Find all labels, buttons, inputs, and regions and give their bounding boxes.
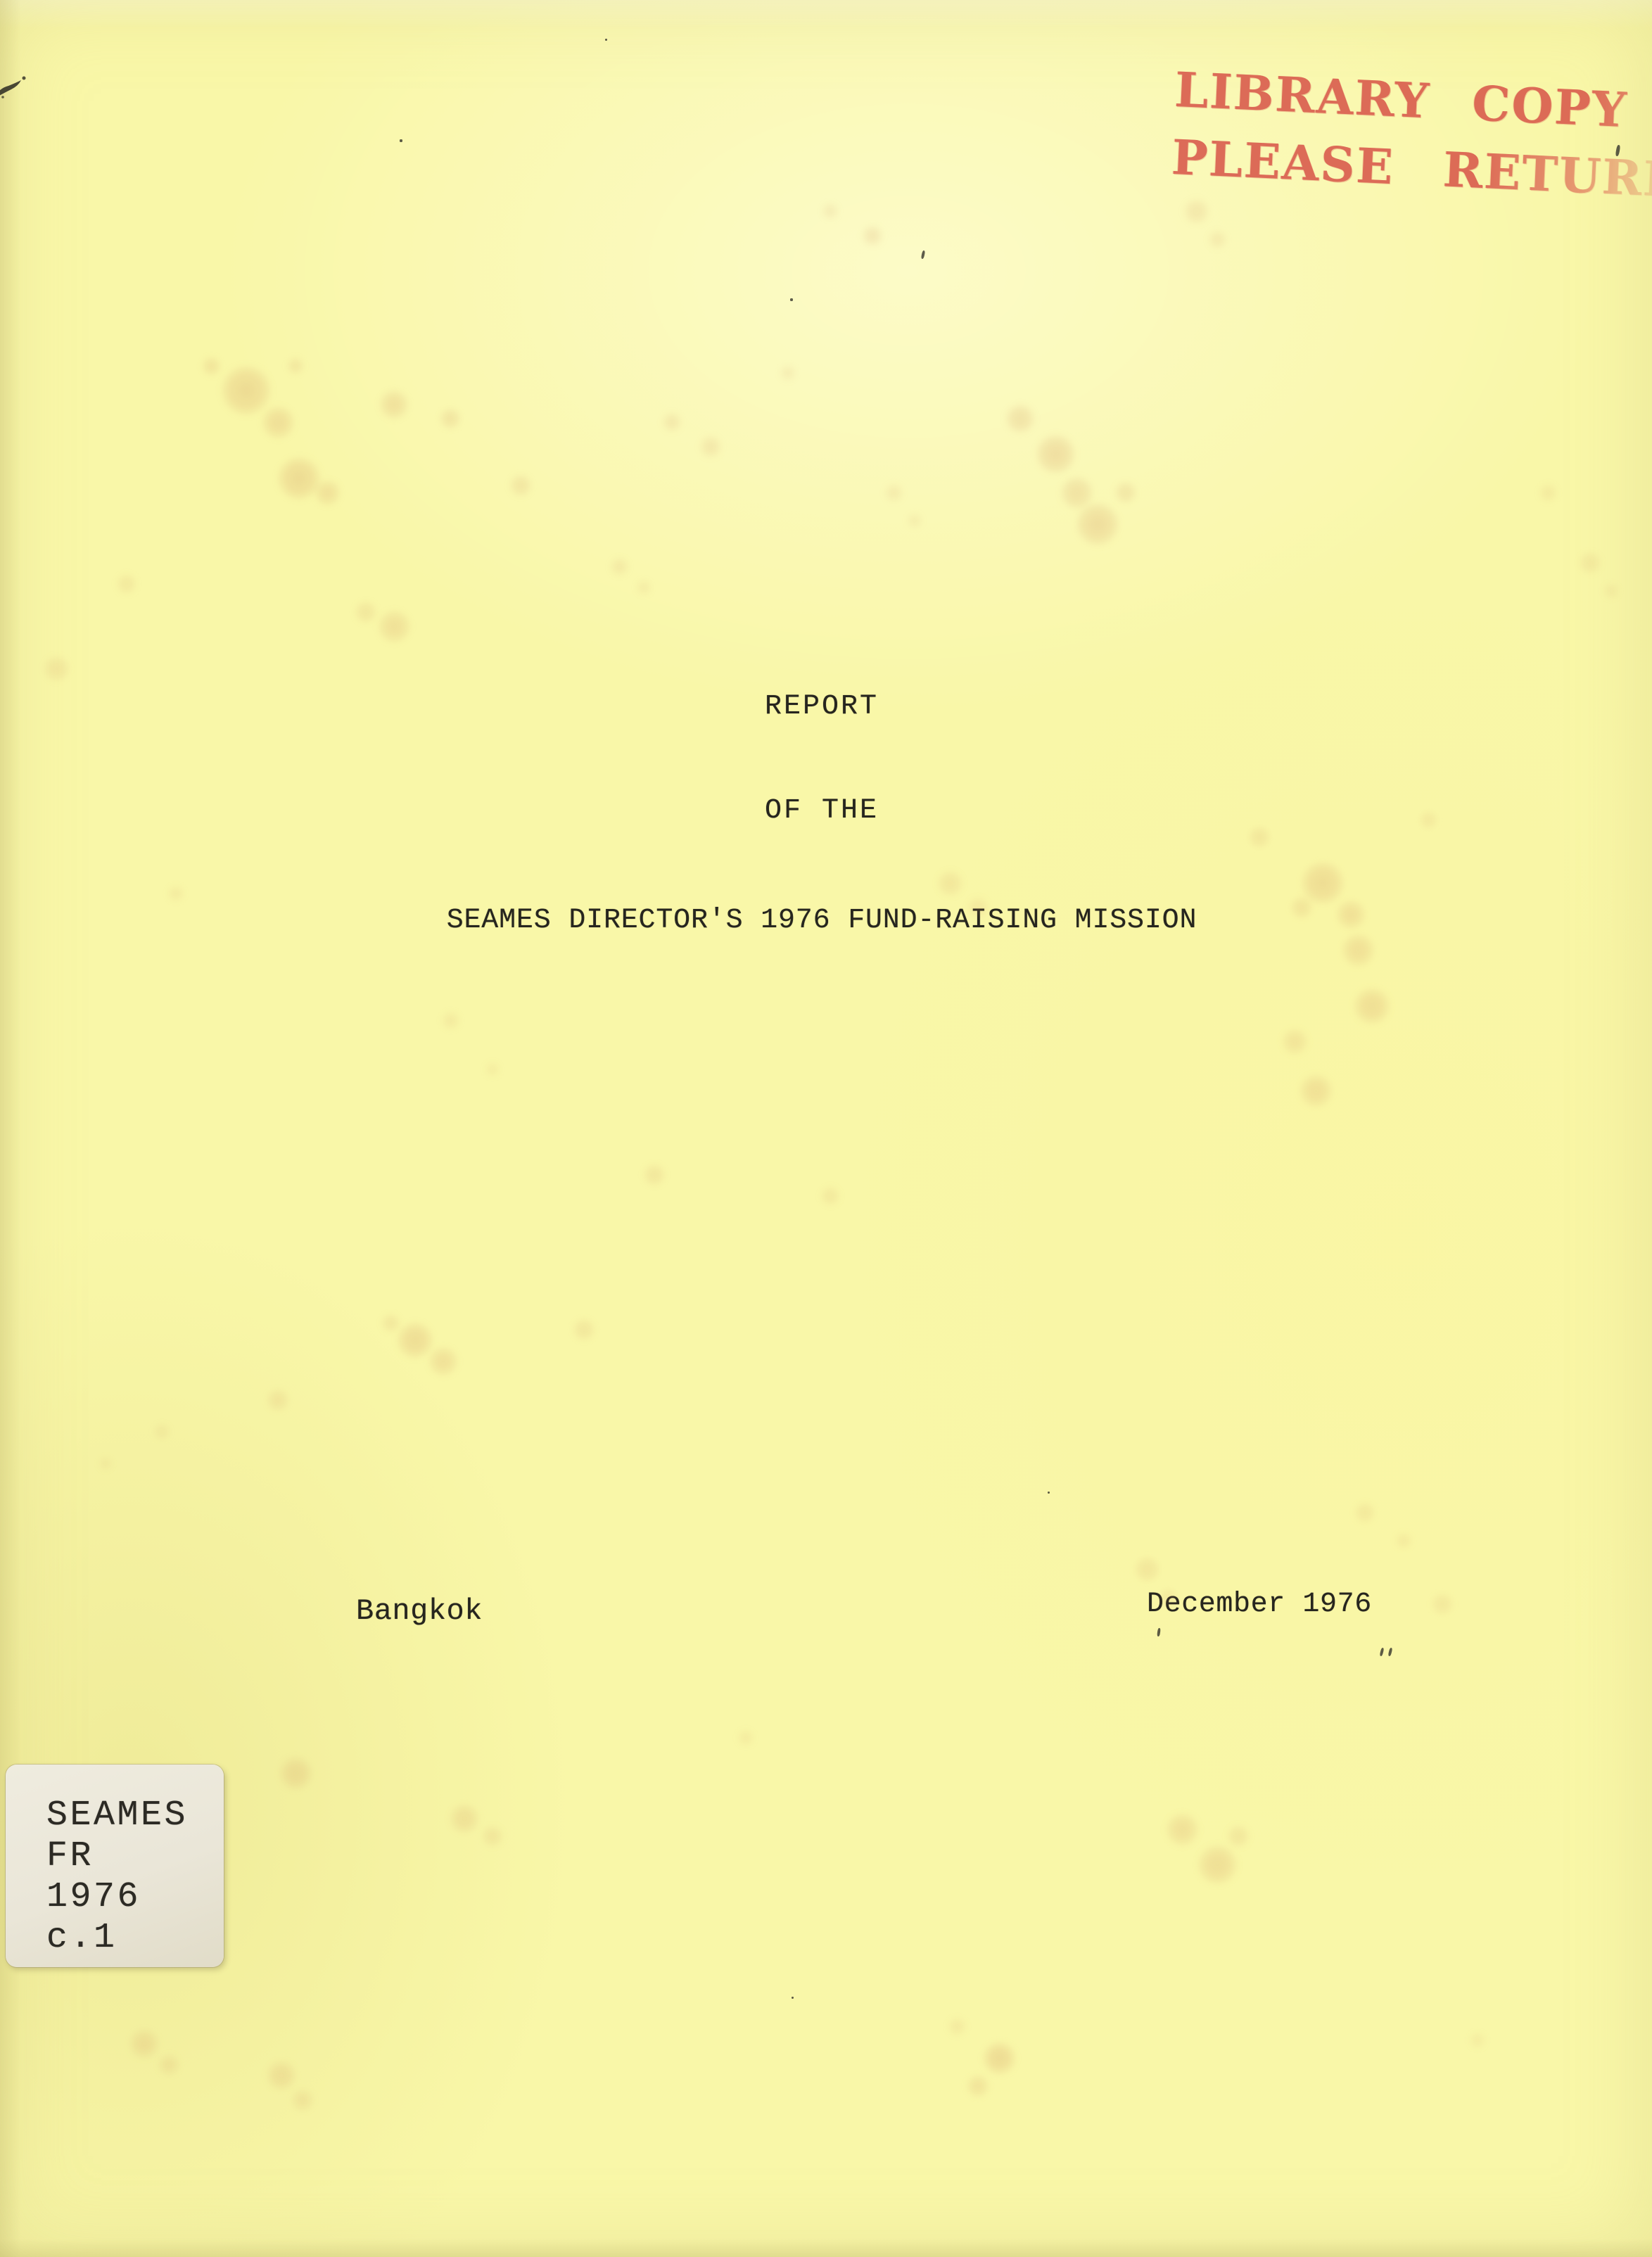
scan-speck — [921, 250, 925, 260]
foxing-stain — [1604, 584, 1618, 598]
foxing-stain — [1539, 484, 1557, 502]
foxing-stain — [1228, 1826, 1249, 1847]
foxing-stain — [429, 1347, 457, 1375]
foxing-stain — [222, 366, 271, 415]
foxing-stain — [315, 481, 340, 505]
foxing-stain — [203, 357, 220, 375]
foxing-stain — [510, 475, 531, 496]
foxing-stain — [382, 1314, 400, 1332]
foxing-stain — [637, 580, 651, 595]
foxing-stain — [1302, 862, 1344, 904]
title-mission: SEAMES DIRECTOR'S 1976 FUND-RAISING MISS… — [0, 905, 1648, 936]
foxing-stain — [1249, 827, 1270, 848]
foxing-stain — [154, 1424, 170, 1439]
foxing-stain — [885, 484, 903, 502]
foxing-stain — [1006, 405, 1034, 433]
foxing-stain — [267, 2061, 296, 2090]
foxing-stain — [483, 1826, 502, 1846]
label-line-3: 1976 — [46, 1877, 224, 1918]
foxing-stain — [663, 413, 681, 431]
scan-speck — [1048, 1492, 1050, 1494]
ink-smudge — [0, 68, 39, 103]
title-report: REPORT — [0, 691, 1648, 723]
foxing-stain — [485, 1062, 500, 1076]
foxing-stain — [821, 1187, 839, 1205]
footer-place: Bangkok — [356, 1594, 483, 1628]
foxing-stain — [1115, 482, 1136, 503]
foxing-stain — [863, 226, 882, 246]
foxing-stain — [267, 1390, 288, 1411]
foxing-stain — [398, 1323, 433, 1358]
foxing-stain — [280, 1757, 312, 1789]
scan-speck — [400, 139, 402, 142]
scan-speck — [1388, 1648, 1393, 1657]
label-line-4: c.1 — [46, 1918, 224, 1959]
label-line-2: FR — [46, 1836, 224, 1877]
foxing-stain — [159, 2055, 179, 2075]
foxing-stain — [168, 886, 184, 901]
foxing-stain — [262, 407, 294, 438]
foxing-stain — [380, 390, 408, 419]
foxing-stain — [1300, 1075, 1332, 1107]
foxing-stain — [1580, 552, 1601, 573]
foxing-stain — [278, 457, 320, 500]
library-stamp: LIBRARY COPY PLEASE RETURN — [1170, 55, 1652, 216]
foxing-stain — [948, 2018, 966, 2035]
title-of-the: OF THE — [0, 795, 1648, 827]
foxing-stain — [440, 409, 460, 428]
foxing-stain — [700, 436, 721, 457]
foxing-stain — [644, 1164, 665, 1185]
scan-speck — [1157, 1628, 1161, 1636]
scan-speck — [605, 39, 607, 41]
foxing-stain — [1354, 988, 1390, 1024]
footer-date: December 1976 — [1147, 1589, 1372, 1620]
catalog-label: SEAMES FR 1976 c.1 — [6, 1765, 224, 1967]
foxing-stain — [1184, 199, 1209, 224]
foxing-stain — [1209, 231, 1226, 248]
foxing-stain — [44, 656, 69, 681]
foxing-stain — [292, 2090, 313, 2111]
foxing-stain — [780, 365, 796, 381]
foxing-stain — [1061, 477, 1093, 509]
foxing-stain — [1355, 1503, 1375, 1522]
foxing-stain — [355, 602, 376, 623]
foxing-stain — [1432, 1594, 1453, 1615]
foxing-stain — [1076, 503, 1119, 545]
scan-speck — [792, 1997, 794, 1999]
scan-speck — [1380, 1648, 1385, 1657]
foxing-stain — [967, 2075, 989, 2097]
foxing-stain — [1167, 1814, 1198, 1845]
foxing-stain — [1198, 1845, 1237, 1884]
foxing-stain — [611, 558, 628, 576]
foxing-stain — [1470, 2033, 1485, 2048]
foxing-stain — [738, 1730, 754, 1746]
foxing-stain — [130, 2030, 158, 2058]
foxing-stain — [379, 611, 410, 642]
foxing-stain — [984, 2042, 1015, 2074]
scan-speck — [790, 298, 793, 301]
foxing-stain — [117, 574, 136, 594]
foxing-stain — [442, 1012, 459, 1029]
foxing-stain — [1283, 1029, 1307, 1054]
foxing-stain — [288, 358, 303, 374]
document-page: LIBRARY COPY PLEASE RETURN REPORT OF THE… — [0, 0, 1652, 2257]
foxing-stain — [1342, 934, 1374, 966]
foxing-stain — [450, 1805, 478, 1833]
foxing-stain — [1396, 1533, 1411, 1549]
foxing-stain — [938, 871, 962, 896]
foxing-stain — [1135, 1557, 1159, 1582]
foxing-stain — [1036, 435, 1075, 473]
label-line-1: SEAMES — [46, 1795, 224, 1836]
foxing-stain — [99, 1457, 112, 1470]
foxing-stain — [822, 203, 838, 219]
foxing-stain — [908, 514, 922, 528]
foxing-stain — [573, 1319, 595, 1340]
